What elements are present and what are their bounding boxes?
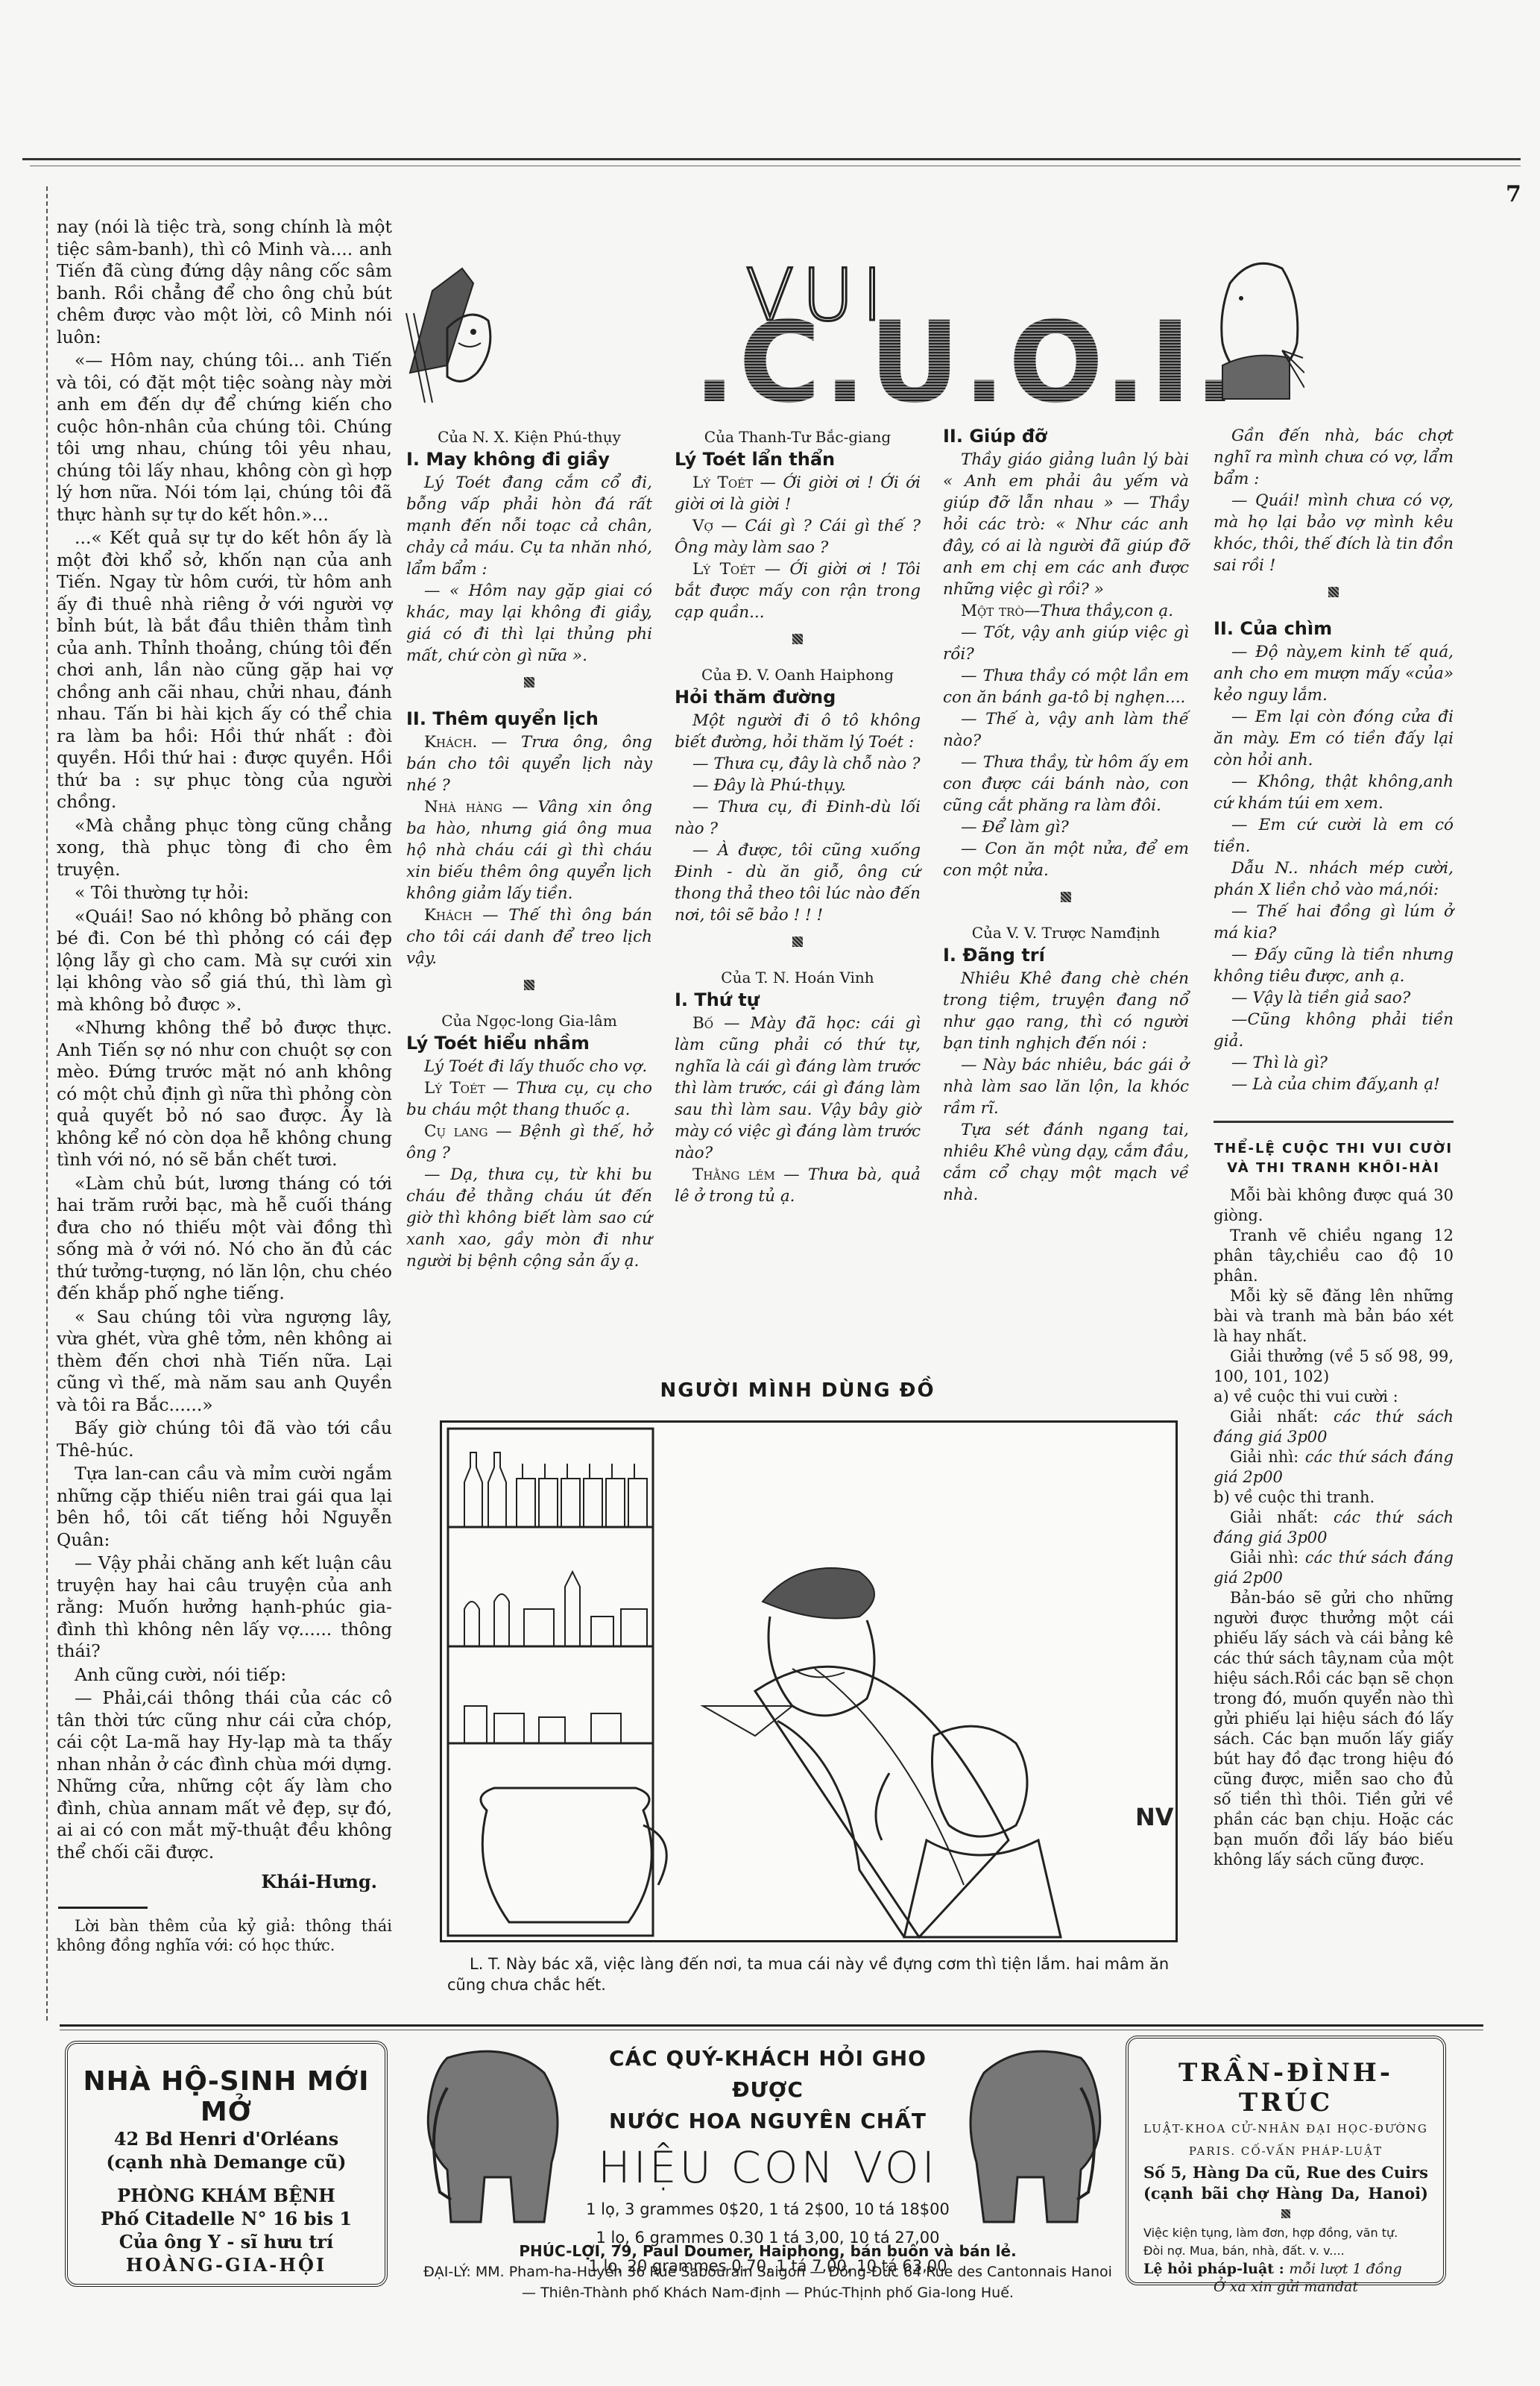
ornament-icon bbox=[1281, 2209, 1290, 2218]
story-paragraph: «Mà chẳng phục tòng cũng chẳng xong, thà… bbox=[57, 815, 392, 881]
ad-line: HOÀNG-GIA-HỘI bbox=[78, 2253, 374, 2276]
joke-dialogue: Lý Toét — Ới giời ơi ! Tôi bắt được mấy … bbox=[675, 558, 921, 623]
xa-xe-caricature-icon bbox=[1208, 239, 1304, 410]
section-masthead: VUI .C.U.O.I. bbox=[403, 239, 1506, 410]
ornament-icon bbox=[524, 677, 534, 687]
story-paragraph: nay (nói là tiệc trà, song chính là một … bbox=[57, 216, 392, 348]
story-paragraph: Tựa lan-can cầu và mỉm cười ngắm những c… bbox=[57, 1463, 392, 1551]
story-paragraph: « Sau chúng tôi vừa ngượng lây, vừa ghét… bbox=[57, 1306, 392, 1417]
story-paragraph: — Phải,cái thông thái của các cô tân thờ… bbox=[57, 1687, 392, 1863]
joke-dialogue: Lý Toét — Ới giời ơi ! Ới ới giời ơi là … bbox=[675, 472, 921, 515]
joke-text: — À được, tôi cũng xuống Đinh - dù ăn gi… bbox=[675, 840, 921, 926]
story-paragraph: «Nhưng không thể bỏ được thực. Anh Tiến … bbox=[57, 1017, 392, 1171]
story-paragraph: Anh cũng cười, nói tiếp: bbox=[57, 1664, 392, 1687]
section-separator bbox=[1143, 2207, 1428, 2221]
prize-label: Giải nhất: bbox=[1230, 1408, 1334, 1426]
ad-maternity-clinic: NHÀ HỘ-SINH MỚI MỞ 42 Bd Henri d'Orléans… bbox=[65, 2041, 388, 2287]
joke-text: Thầy giáo giảng luân lý bài « Anh em phả… bbox=[943, 449, 1189, 600]
rules-title: THỂ-LỆ CUỘC THI VUI CƯỜI bbox=[1214, 1139, 1454, 1159]
section-separator bbox=[1214, 584, 1454, 605]
jokes-column-5: Gần đến nhà, bác chợt nghĩ ra mình chưa … bbox=[1214, 425, 1454, 1870]
ad-line: LUẬT-KHOA CỬ-NHÂN ĐẠI HỌC-ĐƯỜNG bbox=[1143, 2118, 1428, 2140]
section-separator bbox=[406, 977, 652, 998]
section-separator bbox=[675, 934, 921, 955]
joke-text: — Không, thật không,anh cứ khám túi em x… bbox=[1214, 771, 1454, 814]
joke-text: — Đấy cũng là tiền nhưng không tiêu được… bbox=[1214, 944, 1454, 987]
ads-divider-thin bbox=[60, 2030, 1483, 2030]
cartoon-caption: L. T. Này bác xã, việc làng đến nơi, ta … bbox=[447, 1954, 1178, 1995]
elephant-icon bbox=[962, 2043, 1111, 2229]
ad-brand: HIỆU CON VOI bbox=[578, 2140, 958, 2195]
speaker: Một trò— bbox=[961, 602, 1040, 620]
editor-footnote: Lời bàn thêm của kỷ giả: thông thái khôn… bbox=[57, 1916, 392, 1955]
logo-cuoi-text: .C.U.O.I. bbox=[693, 298, 1240, 428]
joke-dialogue: Nhà hàng — Vâng xin ông ba hào, nhưng gi… bbox=[406, 796, 652, 904]
jokes-column-2: Của N. X. Kiện Phú-thụy I. May không đi … bbox=[406, 425, 652, 1272]
joke-byline: Của Ngọc-long Gia-lâm bbox=[406, 1010, 652, 1032]
joke-dialogue: Thằng lém — Thưa bà, quả lê ở trong tủ ạ… bbox=[675, 1164, 921, 1207]
joke-text: — Em cứ cười là em có tiền. bbox=[1214, 814, 1454, 857]
ad-headline: CÁC QUÝ-KHÁCH HỎI GHO ĐƯỢC bbox=[578, 2043, 958, 2106]
header-rule bbox=[22, 158, 1521, 160]
prize-line: Giải nhất: các thứ sách đáng giá 3p00 bbox=[1214, 1407, 1454, 1447]
ads-divider bbox=[60, 2024, 1483, 2027]
ad-line: Của ông Y - sĩ hưu trí bbox=[78, 2230, 374, 2253]
ad-address: Số 5, Hàng Da cũ, Rue des Cuirs bbox=[1143, 2162, 1428, 2183]
rule-text: Giải thưởng (về 5 số 98, 99, 100, 101, 1… bbox=[1214, 1347, 1454, 1387]
joke-text: — Thế à, vậy anh làm thế nào? bbox=[943, 708, 1189, 752]
rule-text: Bản-báo sẽ gửi cho những người được thưở… bbox=[1214, 1588, 1454, 1870]
speaker: Thằng lém — bbox=[692, 1165, 800, 1184]
cartoon-illustration: NVU bbox=[440, 1420, 1178, 1942]
rule-text: Mỗi bài không được quá 30 giòng. bbox=[1214, 1186, 1454, 1226]
joke-dialogue: Khách — Thế thì ông bán cho tôi cái danh… bbox=[406, 904, 652, 969]
ornament-icon bbox=[524, 980, 534, 990]
ad-line: PHÒNG KHÁM BỆNH bbox=[78, 2184, 374, 2207]
joke-dialogue: Bố — Mày đã học: cái gì làm cũng phải có… bbox=[675, 1013, 921, 1164]
ornament-icon bbox=[1328, 587, 1339, 597]
vui-cuoi-logo: VUI .C.U.O.I. bbox=[693, 254, 1081, 410]
joke-text: — « Hôm nay gặp giai có khác, may lại kh… bbox=[406, 580, 652, 667]
speaker: Lý Toét — bbox=[692, 560, 780, 579]
section-separator bbox=[943, 889, 1189, 910]
story-paragraph: Bấy giờ chúng tôi đã vào tới cầu Thê-húc… bbox=[57, 1417, 392, 1461]
joke-dialogue: Lý Toét — Thưa cụ, cụ cho bu cháu một th… bbox=[406, 1077, 652, 1121]
speaker: Khách — bbox=[424, 906, 499, 925]
joke-text: — Đây là Phú-thụy. bbox=[675, 775, 921, 796]
ad-lawyer: TRẦN-ĐÌNH-TRÚC LUẬT-KHOA CỬ-NHÂN ĐẠI HỌC… bbox=[1126, 2036, 1446, 2285]
joke-title: I. Thứ tự bbox=[675, 989, 921, 1011]
elephant-icon bbox=[417, 2043, 567, 2229]
ad-headline: NƯỚC HOA NGUYÊN CHẤT bbox=[578, 2106, 958, 2137]
rule-text: Tranh vẽ chiều ngang 12 phân tây,chiều c… bbox=[1214, 1226, 1454, 1286]
joke-byline: Của Đ. V. Oanh Haiphong bbox=[675, 664, 921, 686]
joke-byline: Của T. N. Hoán Vinh bbox=[675, 967, 921, 989]
section-separator bbox=[675, 631, 921, 652]
ornament-icon bbox=[1061, 892, 1071, 902]
ad-title: TRẦN-ĐÌNH-TRÚC bbox=[1143, 2058, 1428, 2118]
ad-perfume: CÁC QUÝ-KHÁCH HỎI GHO ĐƯỢC NƯỚC HOA NGUY… bbox=[417, 2036, 1118, 2349]
rule-heading: a) về cuộc thi vui cười : bbox=[1214, 1387, 1454, 1407]
lytoet-caricature-icon bbox=[403, 239, 499, 410]
ad-seller: PHÚC-LỢI, 79, Paul Doumer, Haiphong, bán… bbox=[417, 2241, 1118, 2261]
joke-byline: Của V. V. Trược Namđịnh bbox=[943, 922, 1189, 944]
story-paragraph: — Vậy phải chăng anh kết luận câu truyện… bbox=[57, 1552, 392, 1663]
speaker: Bố — bbox=[692, 1014, 740, 1033]
speaker: Lý Toét — bbox=[692, 473, 776, 492]
prize-line: Giải nhì: các thứ sách đáng giá 2p00 bbox=[1214, 1447, 1454, 1488]
section-separator bbox=[406, 674, 652, 696]
joke-text: — Tốt, vậy anh giúp việc gì rồi? bbox=[943, 622, 1189, 665]
joke-text: — Là của chim đấy,anh ạ! bbox=[1214, 1074, 1454, 1095]
line: Thưa thầy,con ạ. bbox=[1040, 602, 1173, 620]
cartoon-drawing-icon: NVU bbox=[442, 1423, 1175, 1940]
page-number: 7 bbox=[1506, 181, 1521, 207]
story-paragraph: « Tôi thường tự hỏi: bbox=[57, 882, 392, 904]
rule-text: Mỗi kỳ sẽ đăng lên những bài và tranh mà… bbox=[1214, 1286, 1454, 1347]
fee-value: mỗi lượt 1 đồng bbox=[1289, 2261, 1402, 2277]
contest-rules: THỂ-LỆ CUỘC THI VUI CƯỜI VÀ THI TRANH KH… bbox=[1214, 1121, 1454, 1870]
prize-label: Giải nhì: bbox=[1230, 1549, 1305, 1567]
story-paragraph: «Quái! Sao nó không bỏ phăng con bé đi. … bbox=[57, 906, 392, 1016]
ad-fee: Lệ hỏi pháp-luật : mỗi lượt 1 đồng bbox=[1143, 2260, 1428, 2279]
ad-note: Ở xa xin gửi mandat bbox=[1143, 2279, 1428, 2295]
joke-text: — Thưa thầy, từ hôm ấy em con được cái b… bbox=[943, 752, 1189, 816]
fee-label: Lệ hỏi pháp-luật : bbox=[1143, 2261, 1289, 2277]
author-signature: Khái-Hưng. bbox=[57, 1871, 392, 1893]
joke-text: Một người đi ô tô không biết đường, hỏi … bbox=[675, 710, 921, 753]
prize-line: Giải nhất: các thứ sách đáng giá 3p00 bbox=[1214, 1508, 1454, 1548]
joke-text: Tựa sét đánh ngang tai, nhiêu Khê vùng d… bbox=[943, 1119, 1189, 1206]
story-paragraph: «Làm chủ bút, lương tháng có tới hai tră… bbox=[57, 1173, 392, 1305]
footnote-divider bbox=[58, 1907, 148, 1909]
serial-story-column: nay (nói là tiệc trà, song chính là một … bbox=[57, 216, 392, 1957]
ad-title: NHÀ HỘ-SINH MỚI MỞ bbox=[78, 2066, 374, 2127]
torn-left-edge bbox=[46, 186, 49, 2021]
ad-address: (cạnh bãi chợ Hàng Da, Hanoi) bbox=[1143, 2183, 1428, 2204]
speaker: Vợ — bbox=[692, 517, 737, 535]
joke-title: II. Giúp đỡ bbox=[943, 425, 1189, 447]
joke-text: — Độ này,em kinh tế quá, anh cho em mượn… bbox=[1214, 641, 1454, 706]
joke-text: Dẫu N.. nhách mép cười, phán X liền chỏ … bbox=[1214, 857, 1454, 901]
joke-text: — Con ăn một nửa, để em con một nửa. bbox=[943, 838, 1189, 881]
cartoon-title: NGƯỜI MÌNH DÙNG ĐỒ bbox=[417, 1379, 1178, 1402]
speaker: Cụ lang — bbox=[424, 1122, 512, 1141]
joke-text: — Thưa thầy có một lần em con ăn bánh ga… bbox=[943, 665, 1189, 708]
prize-line: Giải nhì: các thứ sách đáng giá 2p00 bbox=[1214, 1548, 1454, 1588]
prize-label: Giải nhì: bbox=[1230, 1448, 1305, 1466]
joke-title: Hỏi thăm đường bbox=[675, 686, 921, 708]
jokes-column-3: Của Thanh-Tư Bắc-giang Lý Toét lẩn thẩn … bbox=[675, 425, 921, 1207]
story-paragraph: «— Hôm nay, chúng tôi... anh Tiến và tôi… bbox=[57, 350, 392, 526]
joke-text: — Để làm gì? bbox=[943, 816, 1189, 838]
rules-divider bbox=[1214, 1121, 1454, 1123]
joke-text: —Cũng không phải tiền giả. bbox=[1214, 1009, 1454, 1052]
jokes-column-4: II. Giúp đỡ Thầy giáo giảng luân lý bài … bbox=[943, 425, 1189, 1206]
joke-text: Gần đến nhà, bác chợt nghĩ ra mình chưa … bbox=[1214, 425, 1454, 490]
joke-title: Lý Toét lẩn thẩn bbox=[675, 448, 921, 470]
joke-text: — Em lại còn đóng cửa đi ăn mày. Em có t… bbox=[1214, 706, 1454, 771]
joke-text: — Thì là gì? bbox=[1214, 1052, 1454, 1074]
joke-byline: Của N. X. Kiện Phú-thụy bbox=[406, 426, 652, 448]
ad-service: Việc kiện tụng, làm đơn, hợp đồng, văn t… bbox=[1143, 2224, 1428, 2242]
speaker: Khách. — bbox=[424, 733, 507, 752]
joke-dialogue: Một trò—Thưa thầy,con ạ. bbox=[943, 600, 1189, 622]
price-line: 1 lọ, 3 grammes 0$20, 1 tá 2$00, 10 tá 1… bbox=[578, 2195, 958, 2223]
joke-title: II. Của chìm bbox=[1214, 617, 1454, 640]
speaker: Nhà hàng — bbox=[424, 798, 528, 816]
ad-line: 42 Bd Henri d'Orléans bbox=[78, 2127, 374, 2150]
joke-text: — Thế hai đồng gì lúm ở má kia? bbox=[1214, 901, 1454, 944]
ad-agents: ĐẠI-LÝ: MM. Pham-ha-Huyền 36 Rue Saboura… bbox=[417, 2261, 1118, 2303]
joke-title: I. May không đi giầy bbox=[406, 448, 652, 470]
line: Mày đã học: cái gì làm cũng phải có thứ … bbox=[675, 1014, 921, 1162]
speaker: Lý Toét — bbox=[424, 1079, 508, 1098]
rules-title: VÀ THI TRANH KHÔI-HÀI bbox=[1214, 1159, 1454, 1178]
joke-text: — Thưa cụ, đây là chỗ nào ? bbox=[675, 753, 921, 775]
prize-label: Giải nhất: bbox=[1230, 1508, 1334, 1526]
ad-line: (cạnh nhà Demange cũ) bbox=[78, 2150, 374, 2173]
joke-title: II. Thêm quyển lịch bbox=[406, 708, 652, 730]
ornament-icon bbox=[792, 634, 803, 644]
joke-text: Nhiêu Khê đang chè chén trong tiệm, truy… bbox=[943, 968, 1189, 1054]
joke-text: — Quái! mình chưa có vợ, mà họ lại bảo v… bbox=[1214, 490, 1454, 576]
rule-heading: b) về cuộc thi tranh. bbox=[1214, 1488, 1454, 1508]
joke-text: — Thưa cụ, đi Đinh-dù lối nào ? bbox=[675, 796, 921, 840]
joke-title: I. Đãng trí bbox=[943, 944, 1189, 966]
joke-text: — Vậy là tiền giả sao? bbox=[1214, 987, 1454, 1009]
ornament-icon bbox=[792, 937, 803, 947]
story-paragraph: ...« Kết quả sự tự do kết hôn ấy là một … bbox=[57, 527, 392, 813]
header-rule-thin bbox=[30, 166, 1521, 166]
newspaper-page: 7 nay (nói là tiệc trà, song chính là mộ… bbox=[0, 0, 1540, 2386]
joke-text: Lý Toét đi lấy thuốc cho vợ. bbox=[406, 1056, 652, 1077]
ad-line: PARIS. CỐ-VẤN PHÁP-LUẬT bbox=[1143, 2140, 1428, 2162]
joke-dialogue: Khách. — Trưa ông, ông bán cho tôi quyển… bbox=[406, 731, 652, 796]
ad-line: Phố Citadelle N° 16 bis 1 bbox=[78, 2207, 374, 2230]
joke-byline: Của Thanh-Tư Bắc-giang bbox=[675, 426, 921, 448]
joke-text: — Này bác nhiêu, bác gái ở nhà làm sao l… bbox=[943, 1054, 1189, 1119]
cartoon-signature: NVU bbox=[1135, 1803, 1175, 1831]
ad-service: Đòi nợ. Mua, bán, nhà, đất. v. v.... bbox=[1143, 2242, 1428, 2260]
joke-dialogue: Vợ — Cái gì ? Cái gì thế ? Ông mày làm s… bbox=[675, 515, 921, 558]
joke-title: Lý Toét hiểu nhầm bbox=[406, 1032, 652, 1054]
joke-text: Lý Toét đang cắm cổ đi, bỗng vấp phải hò… bbox=[406, 472, 652, 580]
joke-text: — Dạ, thưa cụ, từ khi bu cháu đẻ thằng c… bbox=[406, 1164, 652, 1272]
joke-dialogue: Cụ lang — Bệnh gì thế, hở ông ? bbox=[406, 1121, 652, 1164]
